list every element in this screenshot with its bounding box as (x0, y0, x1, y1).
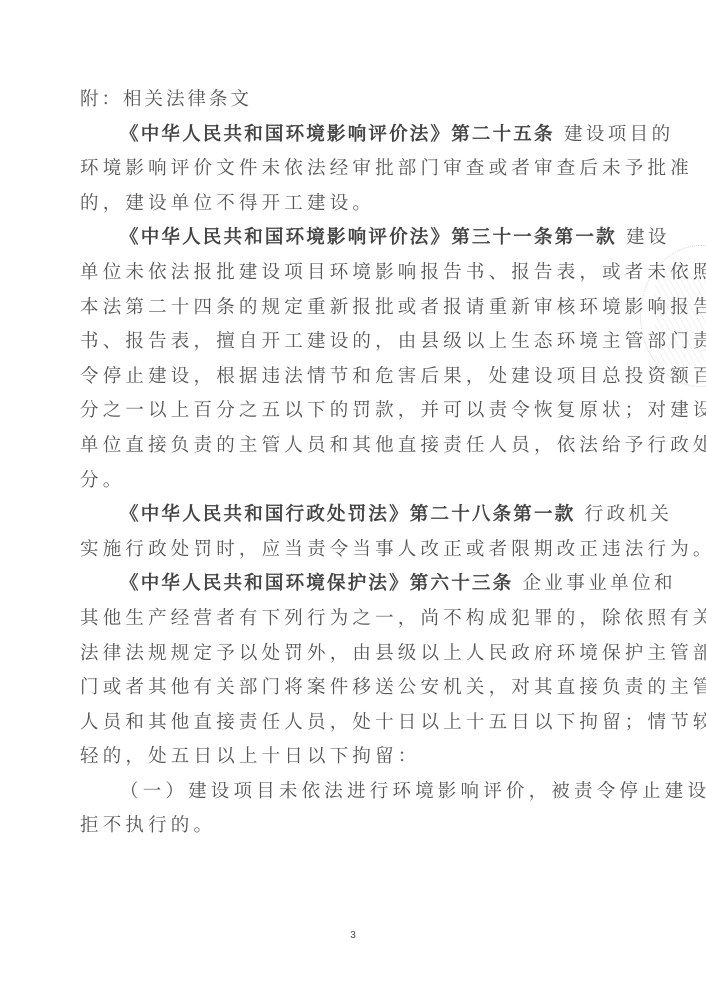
text-line: 单位直接负责的主管人员和其他直接责任人员，依法给予行政处 (80, 429, 640, 464)
text-line: 的，建设单位不得开工建设。 (80, 187, 640, 222)
text-line: 实施行政处罚时，应当责令当事人改正或者限期改正违法行为。 (80, 533, 640, 568)
text-line: 环境影响评价文件未依法经审批部门审查或者审查后未予批准 (80, 152, 640, 187)
text-line: 轻的，处五日以上十日以下拘留： (80, 740, 640, 775)
text-line: 本法第二十四条的规定重新报批或者报请重新审核环境影响报告 (80, 291, 640, 326)
text-line: 单位未依法报批建设项目环境影响报告书、报告表，或者未依照 (80, 256, 640, 291)
law-article-first-line: 《中华人民共和国行政处罚法》第二十八条第一款 行政机关 (80, 498, 640, 533)
law-title: 《中华人民共和国环境影响评价法》第二十五条 (120, 124, 555, 145)
law-title: 《中华人民共和国环境保护法》第六十三条 (120, 573, 513, 594)
text-line: 分。 (80, 464, 640, 499)
text-line: 书、报告表，擅自开工建设的，由县级以上生态环境主管部门责 (80, 325, 640, 360)
text-line: 拒不执行的。 (80, 809, 640, 844)
appendix-heading: 附：相关法律条文 (80, 83, 640, 118)
list-item-first-line: （一）建设项目未依法进行环境影响评价，被责令停止建设， (80, 775, 640, 810)
law-article-first-line: 《中华人民共和国环境影响评价法》第二十五条 建设项目的 (80, 118, 640, 153)
text-line: 法律法规规定予以处罚外，由县级以上人民政府环境保护主管部 (80, 637, 640, 672)
document-body: 附：相关法律条文 《中华人民共和国环境影响评价法》第二十五条 建设项目的 环境影… (80, 83, 640, 844)
law-article-first-line: 《中华人民共和国环境影响评价法》第三十一条第一款 建设 (80, 221, 640, 256)
page-number: 3 (0, 930, 706, 941)
text-line: 令停止建设，根据违法情节和危害后果，处建设项目总投资额百 (80, 360, 640, 395)
law-title: 《中华人民共和国行政处罚法》第二十八条第一款 (120, 504, 575, 525)
document-page: 附：相关法律条文 《中华人民共和国环境影响评价法》第二十五条 建设项目的 环境影… (0, 0, 706, 1005)
law-title: 《中华人民共和国环境影响评价法》第三十一条第一款 (120, 227, 617, 248)
text-line: 其他生产经营者有下列行为之一，尚不构成犯罪的，除依照有关 (80, 602, 640, 637)
text-line: 门或者其他有关部门将案件移送公安机关，对其直接负责的主管 (80, 671, 640, 706)
text-line: 分之一以上百分之五以下的罚款，并可以责令恢复原状；对建设 (80, 394, 640, 429)
text-line: 人员和其他直接责任人员，处十日以上十五日以下拘留；情节较 (80, 706, 640, 741)
law-article-first-line: 《中华人民共和国环境保护法》第六十三条 企业事业单位和 (80, 567, 640, 602)
